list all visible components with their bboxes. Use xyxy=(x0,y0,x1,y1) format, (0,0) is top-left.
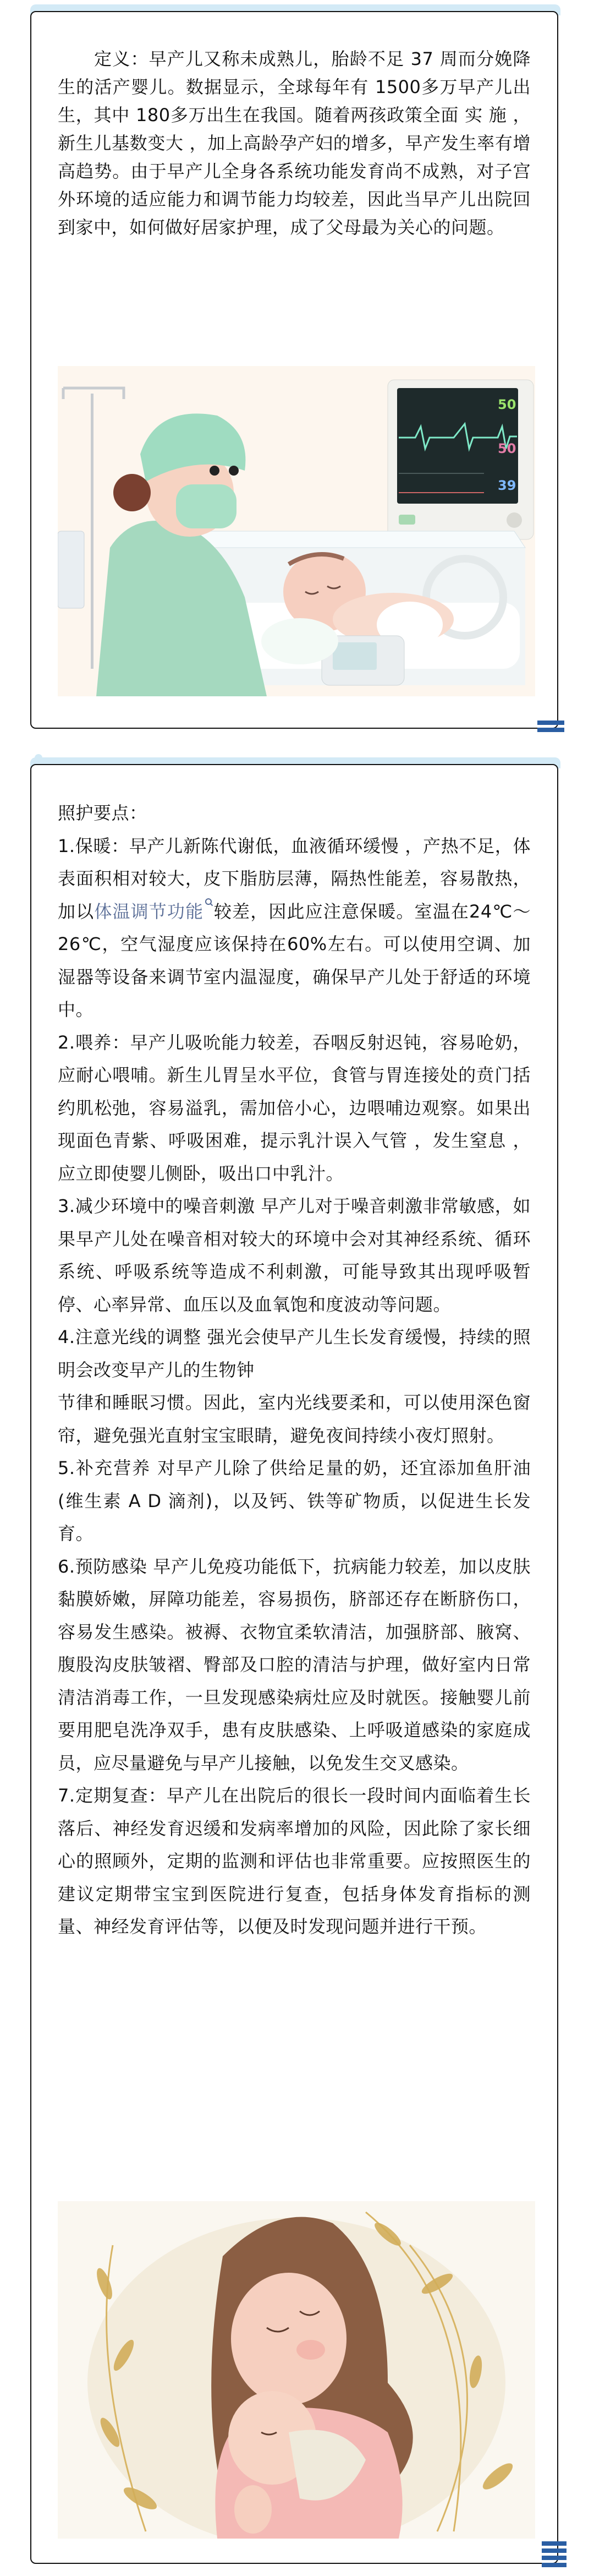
card1-corner-decoration xyxy=(537,721,564,735)
care-item-feeding: 2.喂养：早产儿吸吮能力较差，吞咽反射迟钝，容易呛奶，应耐心喂哺。新生儿胃呈水平… xyxy=(58,1027,531,1191)
body-temperature-regulation-link[interactable]: 体温调节功能 xyxy=(94,901,204,922)
svg-text:50: 50 xyxy=(498,441,516,456)
care-item-lighting: 4.注意光线的调整 强光会使早产儿生长发育缓慢，持续的照明会改变早产儿的生物钟 xyxy=(58,1321,531,1387)
nicu-nurse-illustration: 50 50 39 xyxy=(58,366,535,696)
svg-text:50: 50 xyxy=(498,397,516,412)
care-item-warmth: 1.保暖：早产儿新陈代谢低，血液循环缓慢 ，产热不足，体表面积相对较大，皮下脂肪… xyxy=(58,830,531,1027)
care-item-infection: 6.预防感染 早产儿免疫功能低下，抗病能力较差，加以皮肤黏膜娇嫩，屏障功能差，容… xyxy=(58,1551,531,1780)
nicu-scene-image: 50 50 39 xyxy=(58,366,535,696)
search-icon[interactable] xyxy=(205,898,213,909)
definition-paragraph: 定义：早产儿又称未成熟儿，胎龄不足 37 周而分娩降生的活产婴儿。数据显示，全球… xyxy=(58,45,531,242)
care-points-text: 照护要点： 1.保暖：早产儿新陈代谢低，血液循环缓慢 ，产热不足，体表面积相对较… xyxy=(58,797,531,1944)
svg-text:39: 39 xyxy=(498,478,516,493)
mother-baby-image xyxy=(58,2201,535,2539)
care-item-noise: 3.减少环境中的噪音刺激 早产儿对于噪音刺激非常敏感，如果早产儿处在噪音相对较大… xyxy=(58,1190,531,1321)
care-item-checkup: 7.定期复查：早产儿在出院后的很长一段时间内面临着生长落后、神经发育迟缓和发病率… xyxy=(58,1780,531,1944)
card-frame: 定义：早产儿又称未成熟儿，胎龄不足 37 周而分娩降生的活产婴儿。数据显示，全球… xyxy=(30,11,558,729)
care-points-heading: 照护要点： xyxy=(58,797,531,830)
care-item-nutrition: 5.补充营养 对早产儿除了供给足量的奶，还宜添加鱼肝油 (维生素 A D 滴剂)… xyxy=(58,1452,531,1551)
intro-card: 定义：早产儿又称未成熟儿，胎龄不足 37 周而分娩降生的活产婴儿。数据显示，全球… xyxy=(30,4,558,729)
card2-corner-decoration xyxy=(542,2541,566,2570)
card-frame: 照护要点： 1.保暖：早产儿新陈代谢低，血液循环缓慢 ，产热不足，体表面积相对较… xyxy=(30,764,558,2564)
care-points-card: 照护要点： 1.保暖：早产儿新陈代谢低，血液循环缓慢 ，产热不足，体表面积相对较… xyxy=(30,757,558,2564)
mother-baby-illustration xyxy=(58,2201,535,2539)
care-item-lighting-cont: 节律和睡眠习惯。因此，室内光线要柔和，可以使用深色窗帘，避免强光直射宝宝眼睛，避… xyxy=(58,1387,531,1452)
